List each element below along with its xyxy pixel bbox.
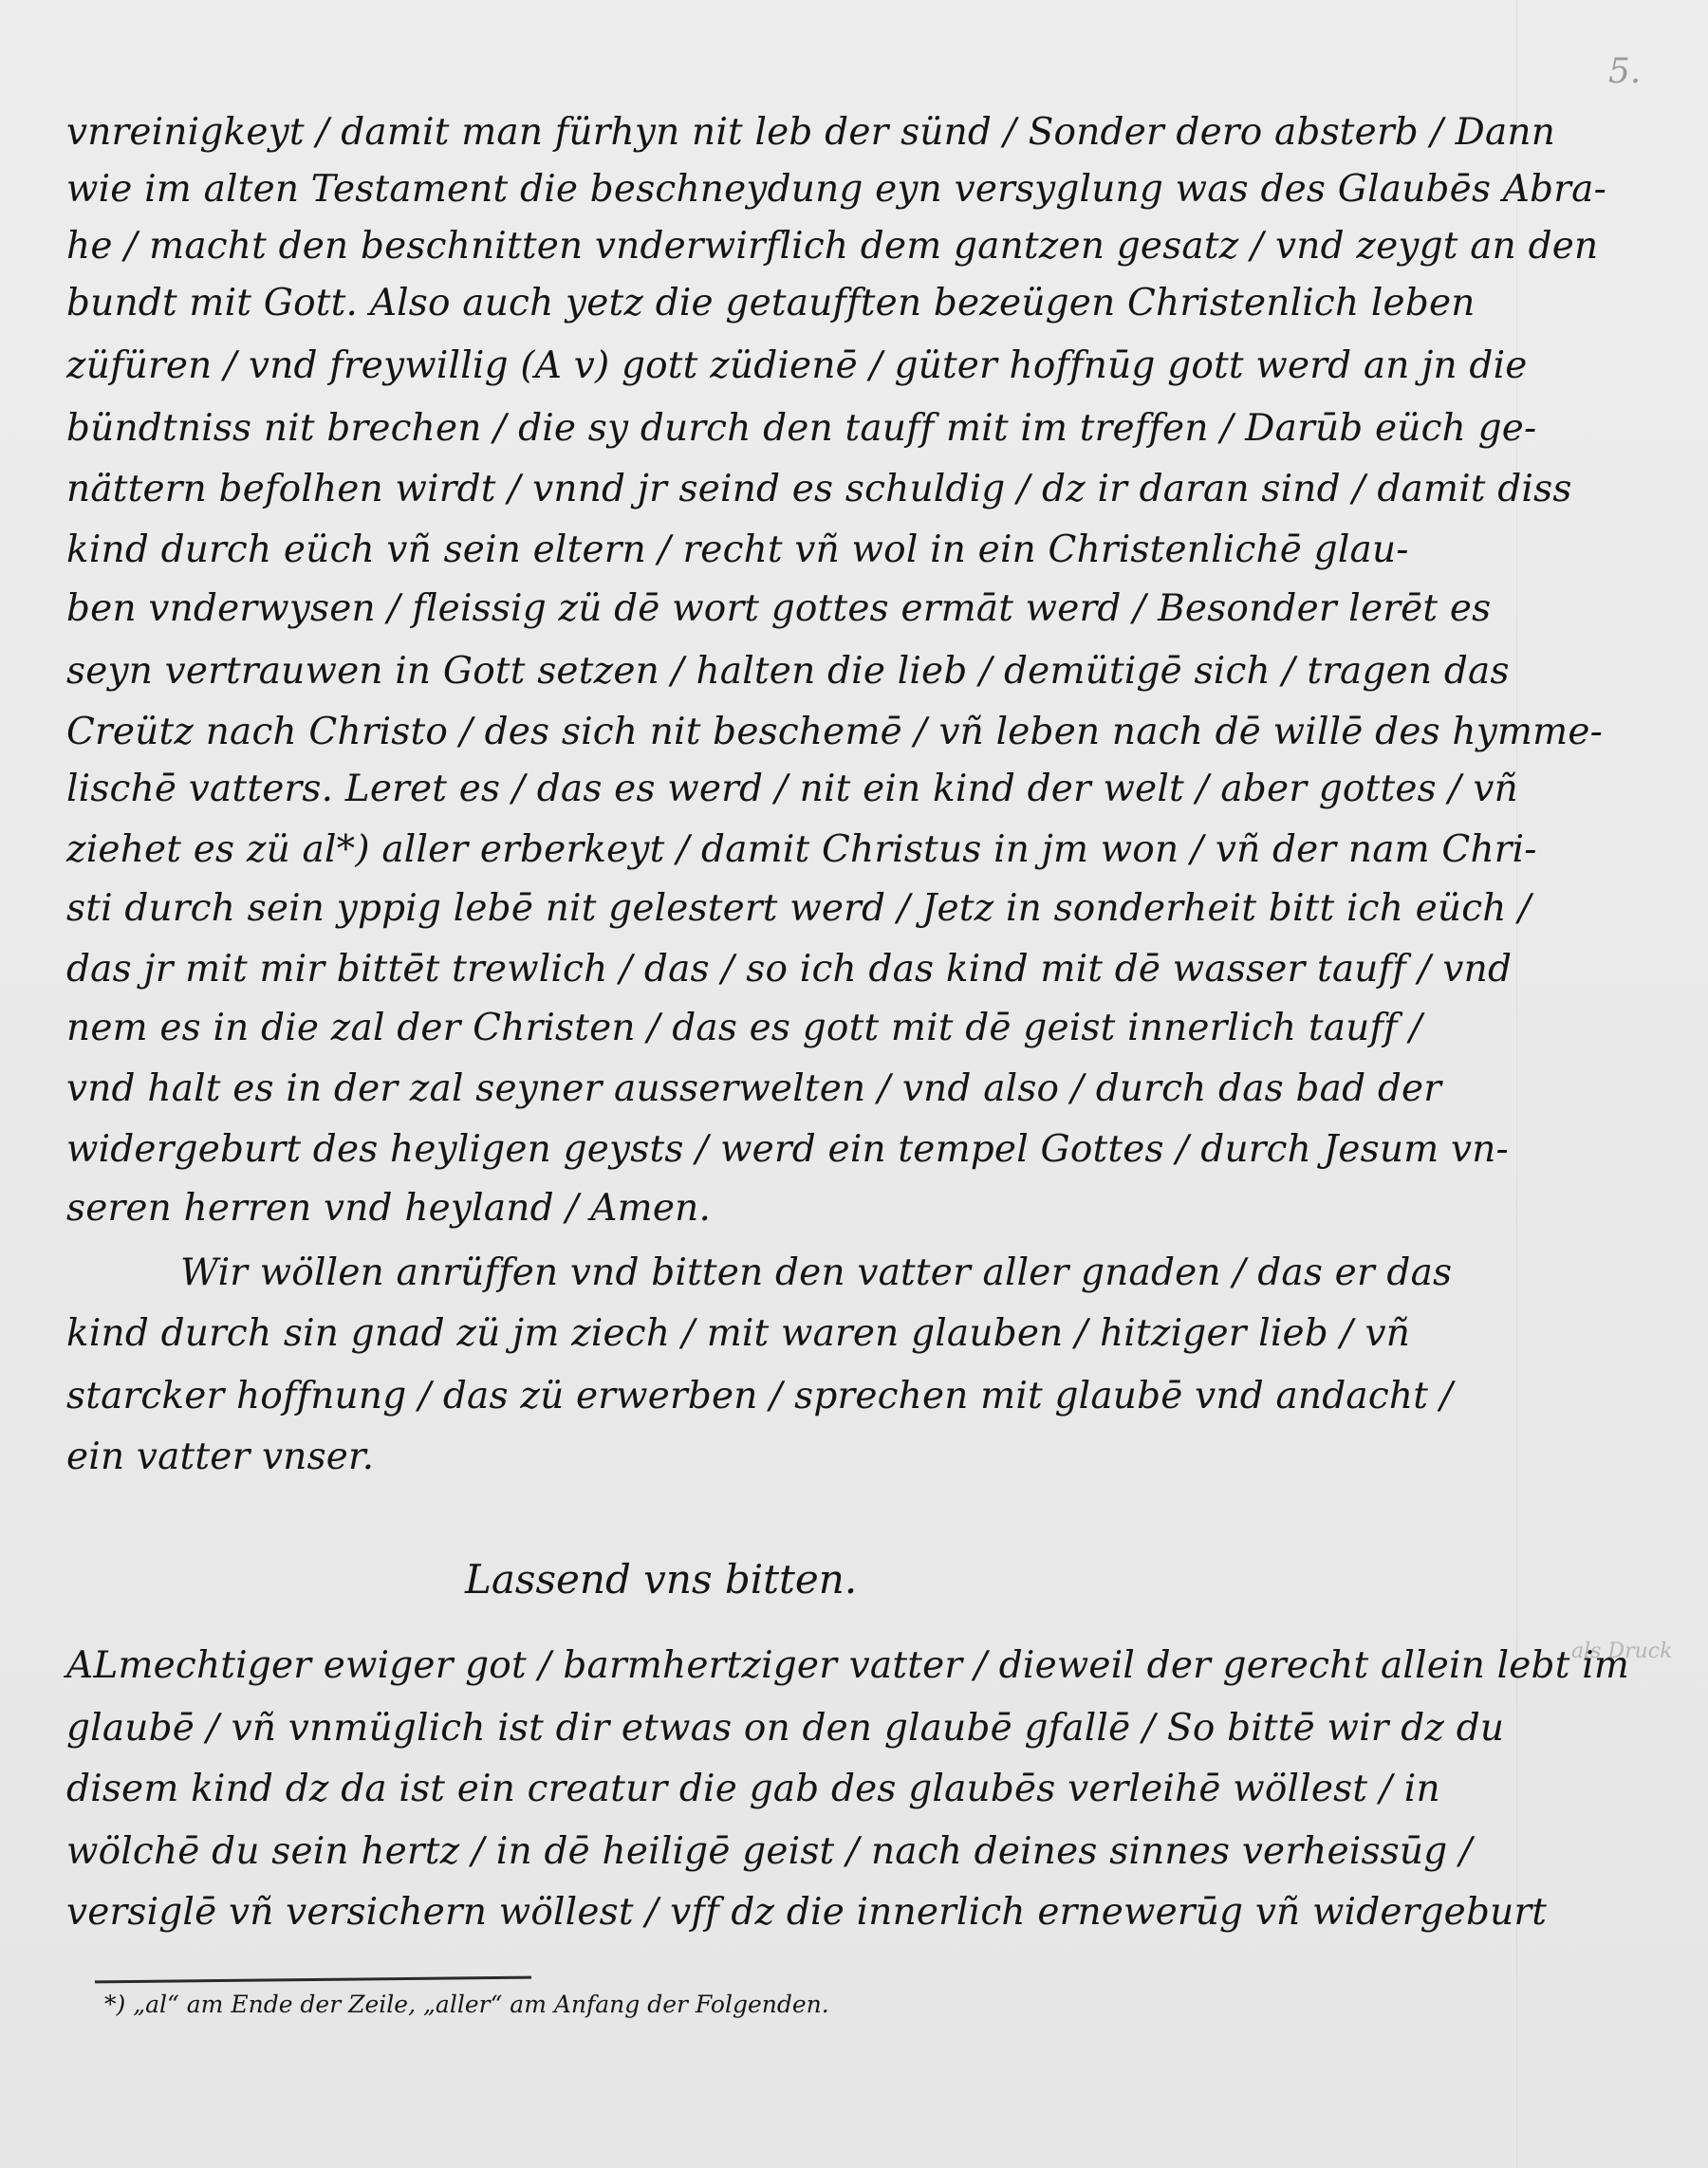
page-fold-line: [1516, 0, 1517, 2168]
body-line: züfüren / vnd freywillig (A v) gott züdi…: [66, 347, 1528, 384]
body-line: seren herren vnd heyland / Amen.: [66, 1190, 711, 1227]
paragraph2-line: ein vatter vnser.: [66, 1438, 374, 1475]
body-line: vnreinigkeyt / damit man fürhyn nit leb …: [66, 114, 1555, 151]
body-line: kind durch eüch vñ sein eltern / recht v…: [66, 531, 1409, 568]
prayer-line: glaubē / vñ vnmüglich ist dir etwas on d…: [66, 1710, 1504, 1747]
footnote: *) „al“ am Ende der Zeile, „aller“ am An…: [104, 1991, 829, 2018]
section-heading: Lassend vns bitten.: [465, 1556, 857, 1603]
body-line: ben vnderwysen / fleissig zü dē wort got…: [66, 590, 1491, 627]
prayer-line: versiglē vñ versichern wöllest / vff dz …: [66, 1894, 1547, 1931]
body-line: ziehet es zü al*) aller erberkeyt / dami…: [66, 831, 1537, 868]
body-line: vnd halt es in der zal seyner ausserwelt…: [66, 1070, 1441, 1107]
prayer-line: wölchē du sein hertz / in dē heiligē gei…: [66, 1833, 1472, 1870]
prayer-line: ALmechtiger ewiger got / barmhertziger v…: [66, 1647, 1629, 1684]
body-line: he / macht den beschnitten vnderwirflich…: [66, 228, 1598, 265]
body-line: sti durch sein yppig lebē nit gelestert …: [66, 890, 1532, 927]
footnote-divider: [95, 1976, 531, 1984]
body-line: wie im alten Testament die beschneydung …: [66, 171, 1606, 208]
paragraph2-line: starcker hoffnung / das zü erwerben / sp…: [66, 1378, 1453, 1415]
prayer-line: disem kind dz da ist ein creatur die gab…: [66, 1770, 1440, 1807]
body-line: nättern befolhen wirdt / vnnd jr seind e…: [66, 471, 1572, 508]
body-line: lischē vatters. Leret es / das es werd /…: [66, 770, 1518, 807]
body-line: bundt mit Gott. Also auch yetz die getau…: [66, 285, 1476, 322]
body-line: das jr mit mir bittēt trewlich / das / s…: [66, 951, 1512, 988]
body-line: seyn vertrauwen in Gott setzen / halten …: [66, 653, 1510, 690]
paragraph2-line: kind durch sin gnad zü jm ziech / mit wa…: [66, 1315, 1410, 1352]
body-line: Creütz nach Christo / des sich nit besch…: [66, 713, 1603, 750]
manuscript-page: 5. vnreinigkeyt / damit man fürhyn nit l…: [0, 0, 1708, 2168]
body-line: bündtniss nit brechen / die sy durch den…: [66, 410, 1536, 447]
paragraph2-line: Wir wöllen anrüffen vnd bitten den vatte…: [180, 1254, 1452, 1291]
page-number: 5.: [1608, 52, 1641, 91]
body-line: widergeburt des heyligen geysts / werd e…: [66, 1131, 1509, 1168]
body-line: nem es in die zal der Christen / das es …: [66, 1010, 1422, 1047]
